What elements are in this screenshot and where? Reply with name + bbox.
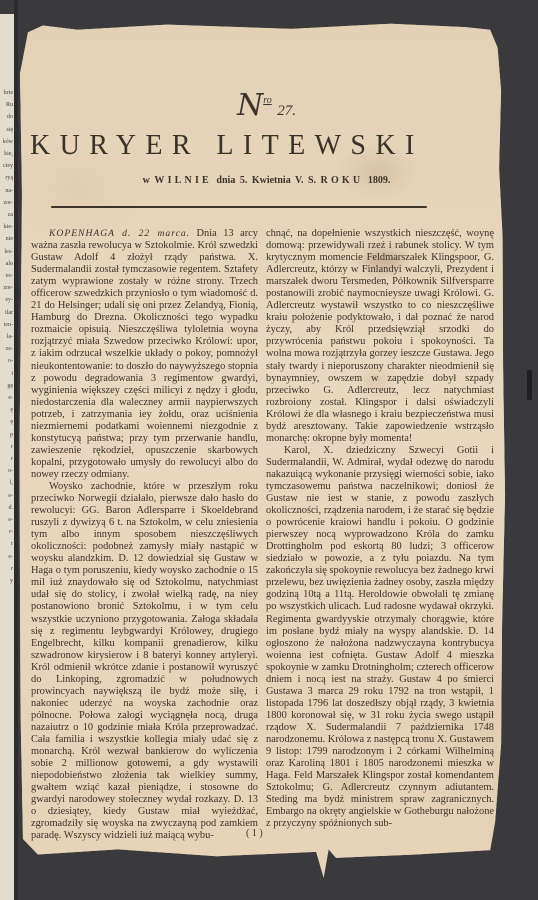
- previous-page-fragment: zor-: [1, 283, 13, 294]
- previous-page-fragment: e-: [1, 515, 13, 526]
- previous-page-fragment: alo: [1, 259, 13, 270]
- date-year-label: ROKU: [321, 175, 364, 186]
- previous-page-fragment: ee-: [1, 271, 13, 282]
- previous-page-fragment: r: [1, 454, 13, 465]
- previous-page-fragment: nie: [1, 234, 13, 245]
- article-column-left: KOPENHAGA d. 22 marca. Dnia 13 arcy ważn…: [31, 228, 258, 842]
- previous-page-fragment: za: [1, 210, 13, 221]
- previous-page-fragment: r: [1, 442, 13, 453]
- article-paragraph: chnąć, na dopełnienie wszystkich nieszcz…: [266, 228, 494, 445]
- previous-page-fragment: y: [1, 576, 13, 587]
- newspaper-title: KURYER LITEWSKI: [30, 130, 520, 162]
- issue-suffix: ro: [263, 95, 272, 106]
- previous-page-fragment: p: [1, 430, 13, 441]
- date-city: WILNIE: [154, 175, 212, 186]
- previous-page-fragment: kie,: [1, 149, 13, 160]
- previous-page-fragment: la-: [1, 332, 13, 343]
- date-line: w WILNIE dnia 5. Kwietnia V. S. ROKU 180…: [18, 175, 515, 186]
- article-column-right: chnąć, na dopełnienie wszystkich nieszcz…: [266, 228, 494, 830]
- date-text: dnia 5. Kwietnia V. S.: [216, 175, 316, 186]
- article-paragraph: Karol, X. dziedziczny Szwecyi Gotii i Su…: [266, 445, 494, 831]
- page-number: ( 1 ): [246, 828, 263, 839]
- previous-page-fragment: r: [1, 564, 13, 575]
- issue-number: Nro 27.: [18, 88, 515, 123]
- previous-page-fragment: ryą: [1, 173, 13, 184]
- article-dateline: KOPENHAGA d. 22 marca.: [49, 228, 190, 239]
- previous-page-fragment: ey-: [1, 295, 13, 306]
- previous-page-fragment: ę: [1, 417, 13, 428]
- previous-page-fragment: r-: [1, 527, 13, 538]
- article-paragraph: KOPENHAGA d. 22 marca. Dnia 13 arcy ważn…: [31, 228, 258, 481]
- previous-page-fragment: o-: [1, 466, 13, 477]
- previous-page-fragment: się: [1, 125, 13, 136]
- scan-viewport: hrieRudosiękówkie,cieyryąna-zor-zakie-ni…: [0, 0, 538, 900]
- date-prefix: w: [143, 175, 150, 186]
- previous-page-fragment: e-: [1, 393, 13, 404]
- previous-page-fragment: d.: [1, 503, 13, 514]
- previous-page-fragment: ilar: [1, 308, 13, 319]
- binding-mark: [527, 370, 532, 400]
- previous-page-fragment: kie-: [1, 222, 13, 233]
- article-text: Woysko zachodnie, które w przeszłym roku…: [31, 481, 258, 841]
- article-text: Karol, X. dziedziczny Szwecyi Gotii i Su…: [266, 445, 494, 829]
- previous-page-fragment: ciey: [1, 161, 13, 172]
- issue-prefix: N: [237, 88, 263, 123]
- book-gutter: [14, 0, 18, 900]
- article-text: chnąć, na dopełnienie wszystkich nieszcz…: [266, 228, 494, 444]
- previous-page-fragment: zor-: [1, 198, 13, 209]
- previous-page-fragment: gę: [1, 381, 13, 392]
- article-paragraph: Woysko zachodnie, które w przeszłym roku…: [31, 481, 258, 842]
- previous-page-fragment: ien-: [1, 320, 13, 331]
- previous-page-fragment: ków: [1, 137, 13, 148]
- previous-page-fragment: Ru: [1, 100, 13, 111]
- previous-page-fragment: do: [1, 112, 13, 123]
- previous-page-fragment: ze-: [1, 344, 13, 355]
- previous-page-strip: hrieRudosiękówkie,cieyryąna-zor-zakie-ni…: [0, 14, 15, 900]
- previous-page-fragment: ę: [1, 405, 13, 416]
- previous-page-fragment: e-: [1, 491, 13, 502]
- previous-page-fragment: les-: [1, 247, 13, 258]
- previous-page-fragment: l,: [1, 478, 13, 489]
- previous-page-fragment: o-: [1, 356, 13, 367]
- newspaper-page: Nro 27. KURYER LITEWSKI w WILNIE dnia 5.…: [18, 22, 515, 882]
- date-year: 1809.: [368, 175, 391, 186]
- previous-page-fragment: r: [1, 539, 13, 550]
- masthead-rule: [51, 206, 427, 208]
- previous-page-fragment: i: [1, 369, 13, 380]
- previous-page-fragment: e-: [1, 552, 13, 563]
- previous-page-fragment: hrie: [1, 88, 13, 99]
- previous-page-fragment: na-: [1, 186, 13, 197]
- issue-number-value: 27.: [277, 103, 296, 119]
- article-text: Dnia 13 arcy ważna zaszła rewolucya w Sz…: [31, 228, 258, 480]
